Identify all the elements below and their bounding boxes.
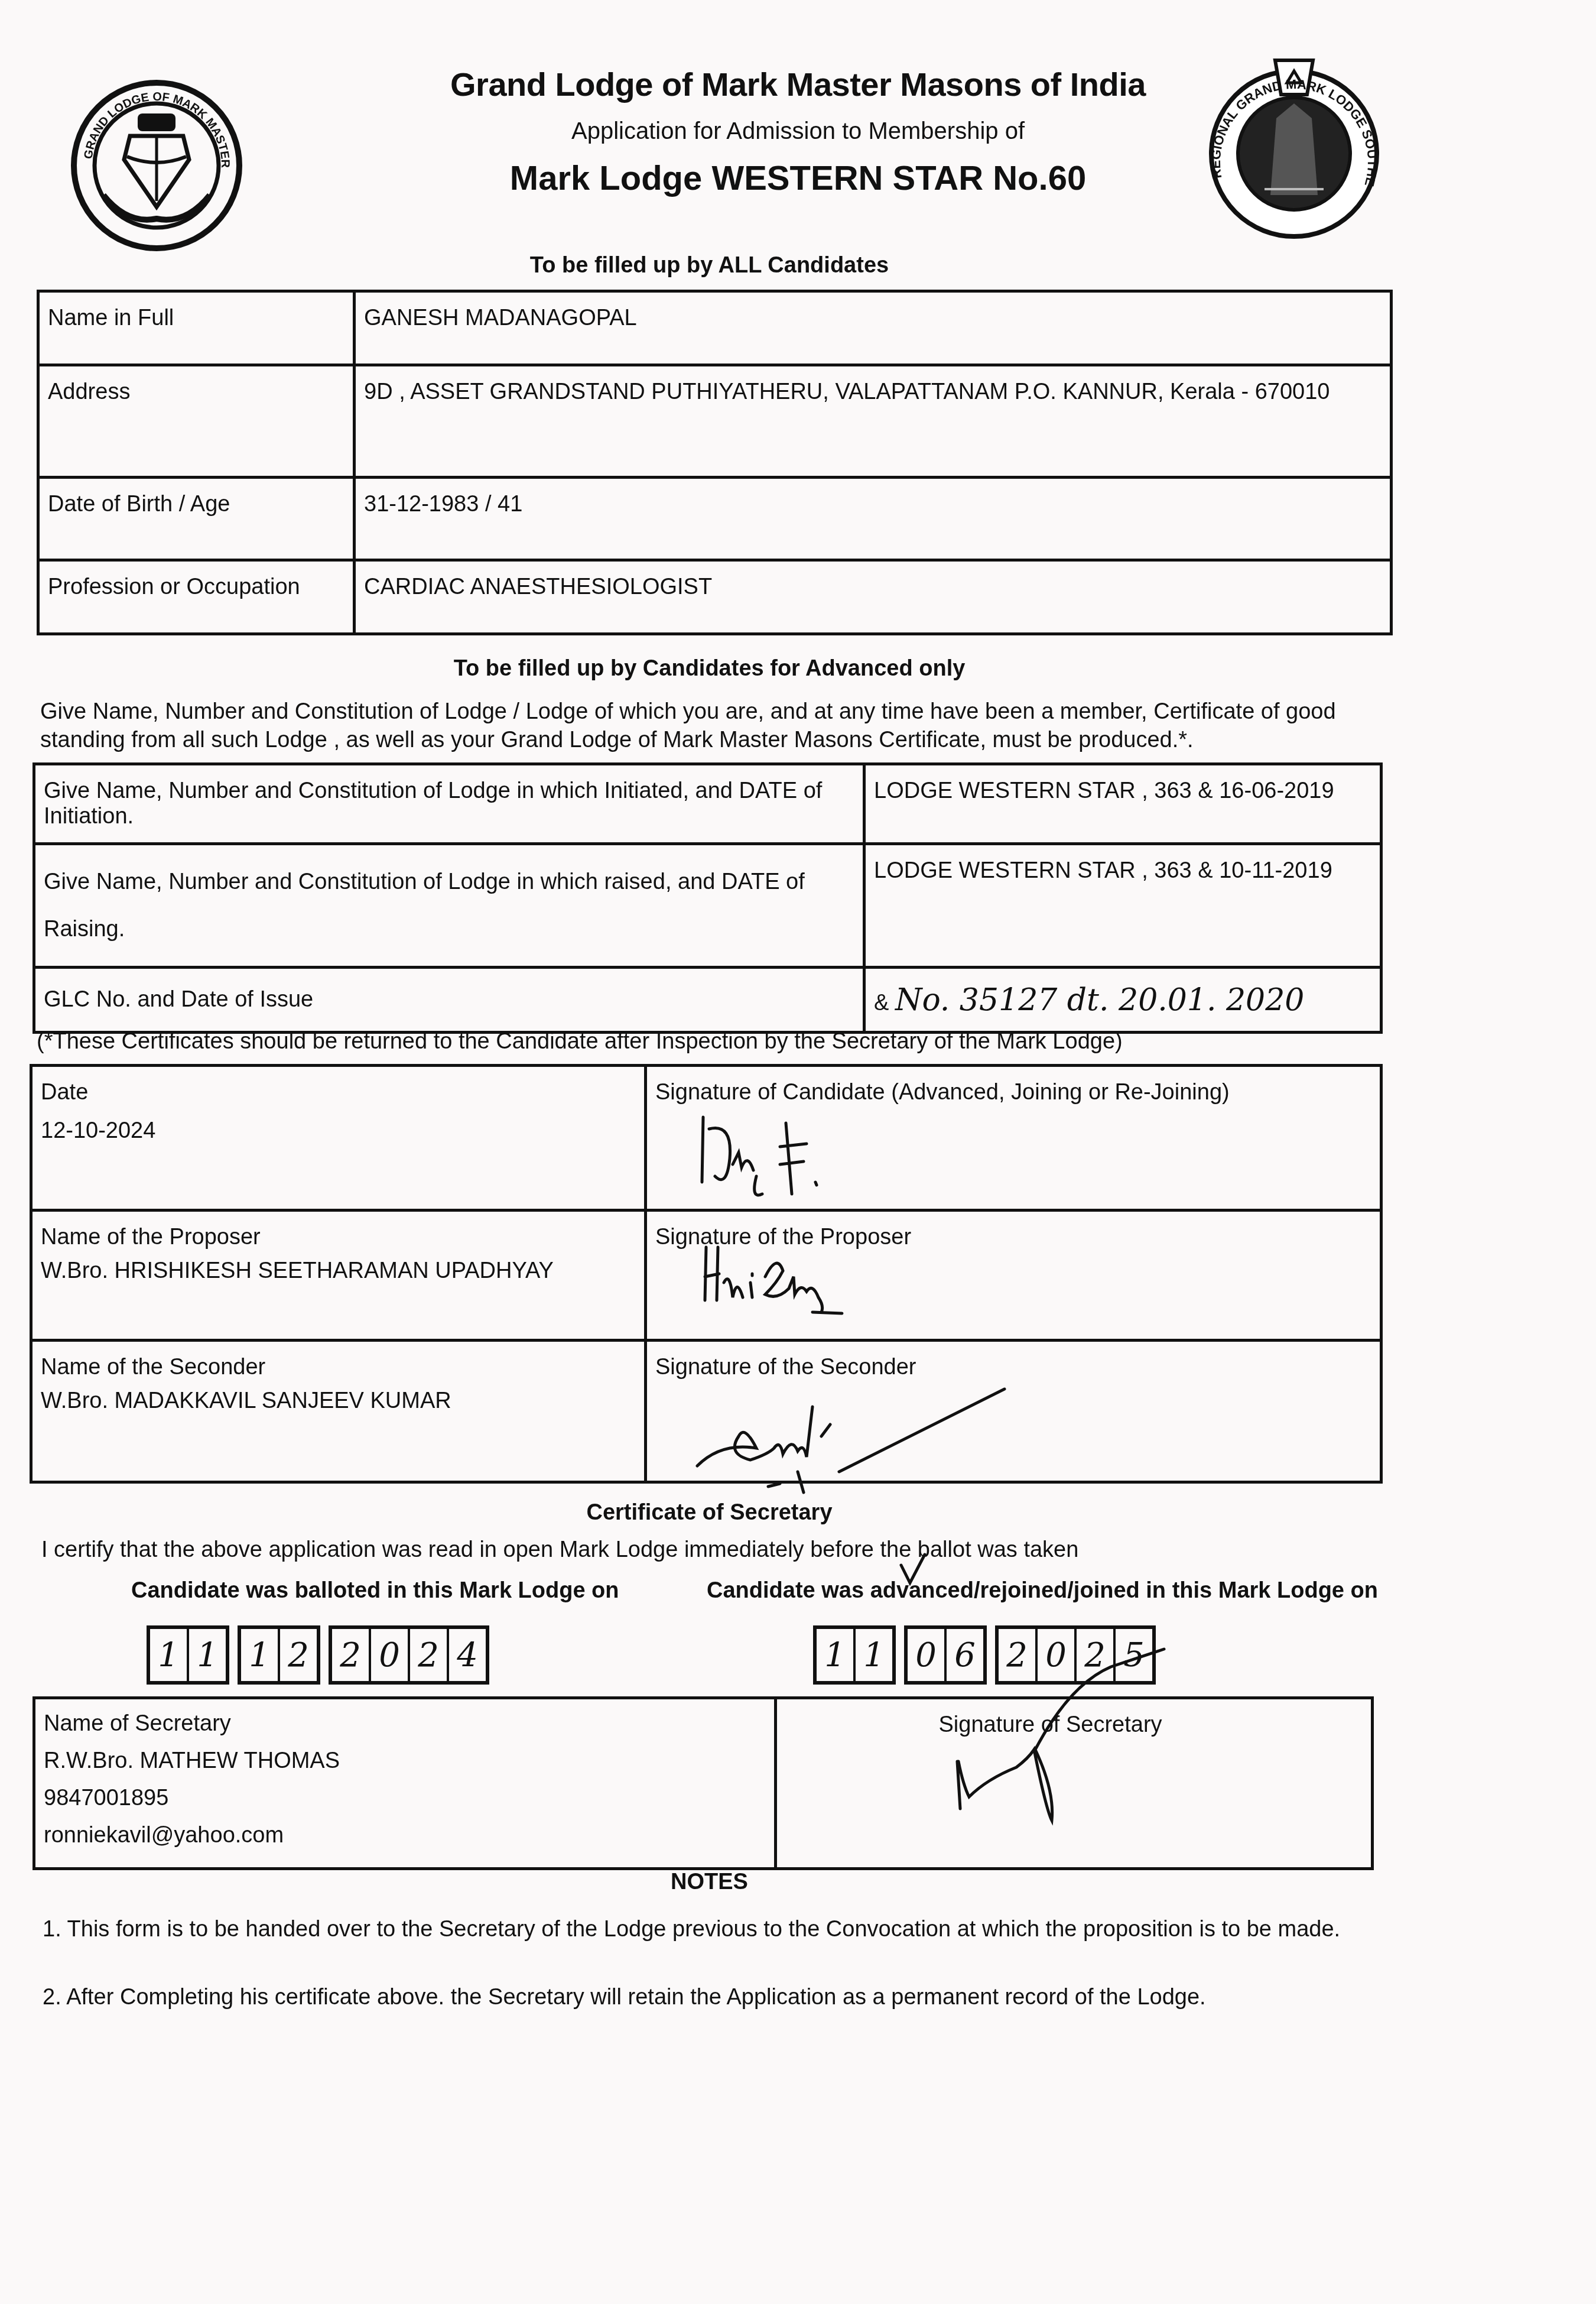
profession-label: Profession or Occupation	[38, 560, 355, 634]
secretary-name[interactable]: R.W.Bro. MATHEW THOMAS	[44, 1742, 766, 1780]
secretary-signature[interactable]	[951, 1643, 1353, 1844]
balloted-label: Candidate was balloted in this Mark Lodg…	[131, 1578, 619, 1604]
secretary-email[interactable]: ronniekavil@yahoo.com	[44, 1817, 766, 1854]
proposer-signature[interactable]	[700, 1241, 913, 1318]
table-row: Give Name, Number and Constitution of Lo…	[34, 844, 1382, 968]
secretary-statement: I certify that the above application was…	[41, 1536, 1400, 1564]
digit-box[interactable]: 2	[278, 1629, 317, 1681]
glc-value[interactable]: & No. 35127 dt. 20.01. 2020	[864, 968, 1382, 1033]
document-subtitle: Application for Admission to Membership …	[0, 118, 1596, 145]
digit-box[interactable]: 0	[369, 1629, 408, 1681]
table-row: Address 9D , ASSET GRANDSTAND PUTHIYATHE…	[38, 365, 1392, 478]
table-row: GLC No. and Date of Issue & No. 35127 dt…	[34, 968, 1382, 1033]
balloted-year[interactable]: 2 0 2 4	[329, 1625, 489, 1685]
digit-box[interactable]: 1	[853, 1629, 892, 1681]
section-heading-all-candidates: To be filled up by ALL Candidates	[0, 253, 1419, 278]
glc-handwritten-value: No. 35127 dt. 20.01. 2020	[895, 982, 1304, 1018]
digit-box[interactable]: 1	[150, 1629, 187, 1681]
glc-label: GLC No. and Date of Issue	[34, 968, 864, 1033]
name-label: Name in Full	[38, 291, 355, 365]
digit-box[interactable]: 1	[241, 1629, 278, 1681]
note-item: 2. After Completing his certificate abov…	[43, 1983, 1396, 2011]
secretary-phone[interactable]: 9847001895	[44, 1780, 766, 1817]
seconder-name[interactable]: W.Bro. MADAKKAVIL SANJEEV KUMAR	[41, 1388, 636, 1414]
seconder-signature-label: Signature of the Seconder	[655, 1355, 1371, 1380]
profession-value[interactable]: CARDIAC ANAESTHESIOLOGIST	[355, 560, 1392, 634]
candidate-signature-label: Signature of Candidate (Advanced, Joinin…	[655, 1080, 1371, 1105]
digit-box[interactable]: 1	[817, 1629, 853, 1681]
digit-box[interactable]: 2	[332, 1629, 369, 1681]
raising-label: Give Name, Number and Constitution of Lo…	[34, 844, 864, 968]
advanced-label: Candidate was advanced/rejoined/joined i…	[707, 1578, 1378, 1604]
secretary-name-label: Name of Secretary	[44, 1705, 766, 1742]
dob-label: Date of Birth / Age	[38, 478, 355, 560]
date-value[interactable]: 12-10-2024	[41, 1118, 636, 1144]
initiation-value[interactable]: LODGE WESTERN STAR , 363 & 16-06-2019	[864, 764, 1382, 844]
digit-box[interactable]: 1	[187, 1629, 226, 1681]
address-value[interactable]: 9D , ASSET GRANDSTAND PUTHIYATHERU, VALA…	[355, 365, 1392, 478]
note-item: 1. This form is to be handed over to the…	[43, 1915, 1396, 1943]
digit-box[interactable]: 2	[408, 1629, 447, 1681]
seconder-signature[interactable]	[685, 1383, 1016, 1495]
seconder-label: Name of the Seconder	[41, 1355, 636, 1380]
proposer-name[interactable]: W.Bro. HRISHIKESH SEETHARAMAN UPADHYAY	[41, 1258, 636, 1284]
proposer-label: Name of the Proposer	[41, 1225, 636, 1250]
balloted-day[interactable]: 1 1	[147, 1625, 229, 1685]
raising-value[interactable]: LODGE WESTERN STAR , 363 & 10-11-2019	[864, 844, 1382, 968]
candidate-signature[interactable]	[697, 1111, 898, 1206]
lodge-history-table: Give Name, Number and Constitution of Lo…	[32, 762, 1383, 1034]
balloted-month[interactable]: 1 2	[238, 1625, 320, 1685]
initiation-label: Give Name, Number and Constitution of Lo…	[34, 764, 864, 844]
secretary-certificate-heading: Certificate of Secretary	[0, 1500, 1419, 1526]
table-row: Date of Birth / Age 31-12-1983 / 41	[38, 478, 1392, 560]
glc-prefix: &	[874, 991, 889, 1015]
digit-box[interactable]: 0	[908, 1629, 944, 1681]
table-row: Name in Full GANESH MADANAGOPAL	[38, 291, 1392, 365]
notes-heading: NOTES	[0, 1870, 1419, 1895]
document-title: Grand Lodge of Mark Master Masons of Ind…	[0, 65, 1596, 103]
table-row: Give Name, Number and Constitution of Lo…	[34, 764, 1382, 844]
section-heading-advanced: To be filled up by Candidates for Advanc…	[0, 656, 1419, 682]
address-label: Address	[38, 365, 355, 478]
balloted-date-boxes[interactable]: 1 1 1 2 2 0 2 4	[147, 1625, 489, 1685]
table-row: Profession or Occupation CARDIAC ANAESTH…	[38, 560, 1392, 634]
date-label: Date	[41, 1080, 636, 1105]
dob-value[interactable]: 31-12-1983 / 41	[355, 478, 1392, 560]
advanced-instruction: Give Name, Number and Constitution of Lo…	[40, 697, 1370, 754]
advanced-day[interactable]: 1 1	[813, 1625, 896, 1685]
certificate-footnote: (*These Certificates should be returned …	[37, 1027, 1396, 1056]
name-value[interactable]: GANESH MADANAGOPAL	[355, 291, 1392, 365]
digit-box[interactable]: 4	[447, 1629, 486, 1681]
candidate-details-table: Name in Full GANESH MADANAGOPAL Address …	[37, 290, 1393, 635]
lodge-name: Mark Lodge WESTERN STAR No.60	[0, 158, 1596, 198]
